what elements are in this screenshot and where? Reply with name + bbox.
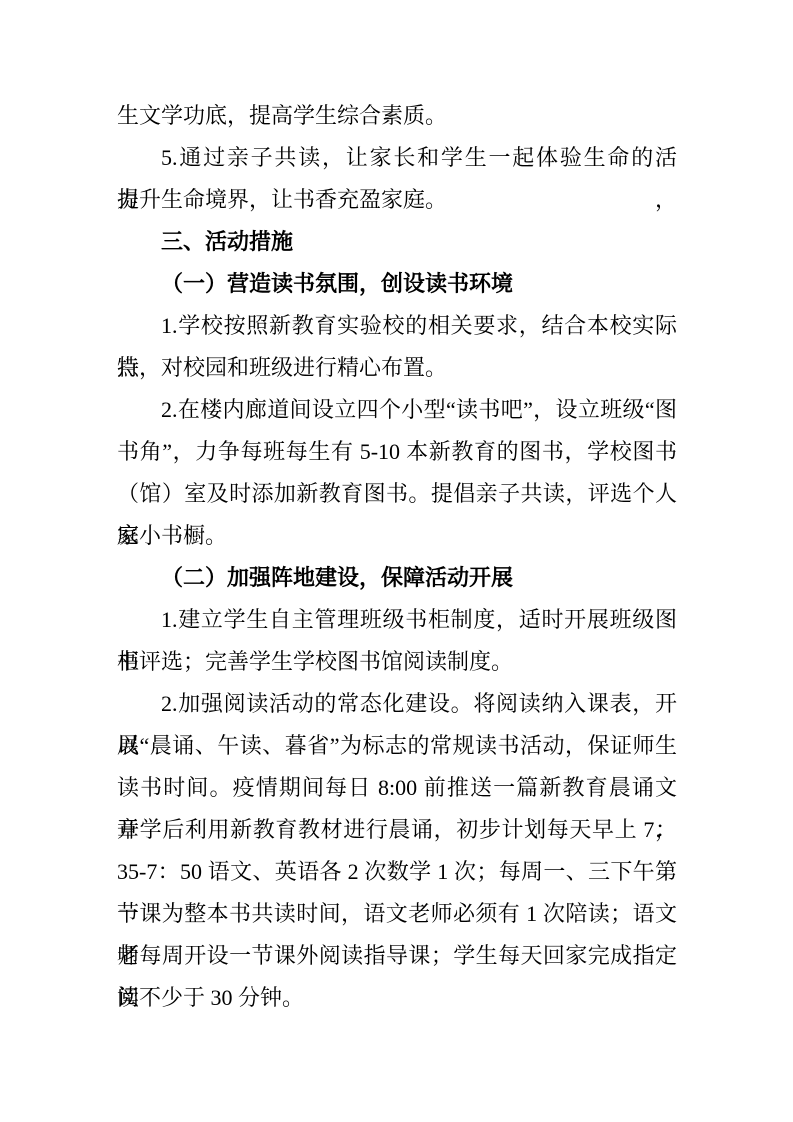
text-line: 节课为整本书共读时间，语文老师必须有 1 次陪读；语文老 xyxy=(117,893,677,935)
text-line: 1.学校按照新教育实验校的相关要求，结合本校实际特 xyxy=(117,305,677,347)
document-body: 生文学功底，提高学生综合素质。5.通过亲子共读，让家长和学生一起体验生命的活力，… xyxy=(117,95,677,1019)
text-line: 5.通过亲子共读，让家长和学生一起体验生命的活力， xyxy=(117,137,677,179)
text-line: 柜评选；完善学生学校图书馆阅读制度。 xyxy=(117,641,677,683)
text-line: 读不少于 30 分钟。 xyxy=(117,977,677,1019)
text-line: 庭小书橱。 xyxy=(117,515,677,557)
section-heading: （一）营造读书氛围，创设读书环境 xyxy=(117,263,677,305)
text-line: 书角”，力争每班每生有 5-10 本新教育的图书，学校图书 xyxy=(117,431,677,473)
text-line: 以“晨诵、午读、暮省”为标志的常规读书活动，保证师生 xyxy=(117,725,677,767)
text-line: 读书时间。疫情期间每日 8:00 前推送一篇新教育晨诵文章， xyxy=(117,767,677,809)
text-line: 1.建立学生自主管理班级书柜制度，适时开展班级图书 xyxy=(117,599,677,641)
text-line: 2.在楼内廊道间设立四个小型“读书吧”，设立班级“图 xyxy=(117,389,677,431)
text-line: 2.加强阅读活动的常态化建设。将阅读纳入课表，开展 xyxy=(117,683,677,725)
text-line: 35-7：50 语文、英语各 2 次数学 1 次；每周一、三下午第一 xyxy=(117,851,677,893)
text-line: 开学后利用新教育教材进行晨诵，初步计划每天早上 7： xyxy=(117,809,677,851)
text-line: 点，对校园和班级进行精心布置。 xyxy=(117,347,677,389)
text-line: 师每周开设一节课外阅读指导课；学生每天回家完成指定阅 xyxy=(117,935,677,977)
text-line: （馆）室及时添加新教育图书。提倡亲子共读，评选个人家 xyxy=(117,473,677,515)
document-page: 生文学功底，提高学生综合素质。5.通过亲子共读，让家长和学生一起体验生命的活力，… xyxy=(0,0,793,1122)
text-line: 生文学功底，提高学生综合素质。 xyxy=(117,95,677,137)
section-heading: （二）加强阵地建设，保障活动开展 xyxy=(117,557,677,599)
section-heading: 三、活动措施 xyxy=(117,221,677,263)
